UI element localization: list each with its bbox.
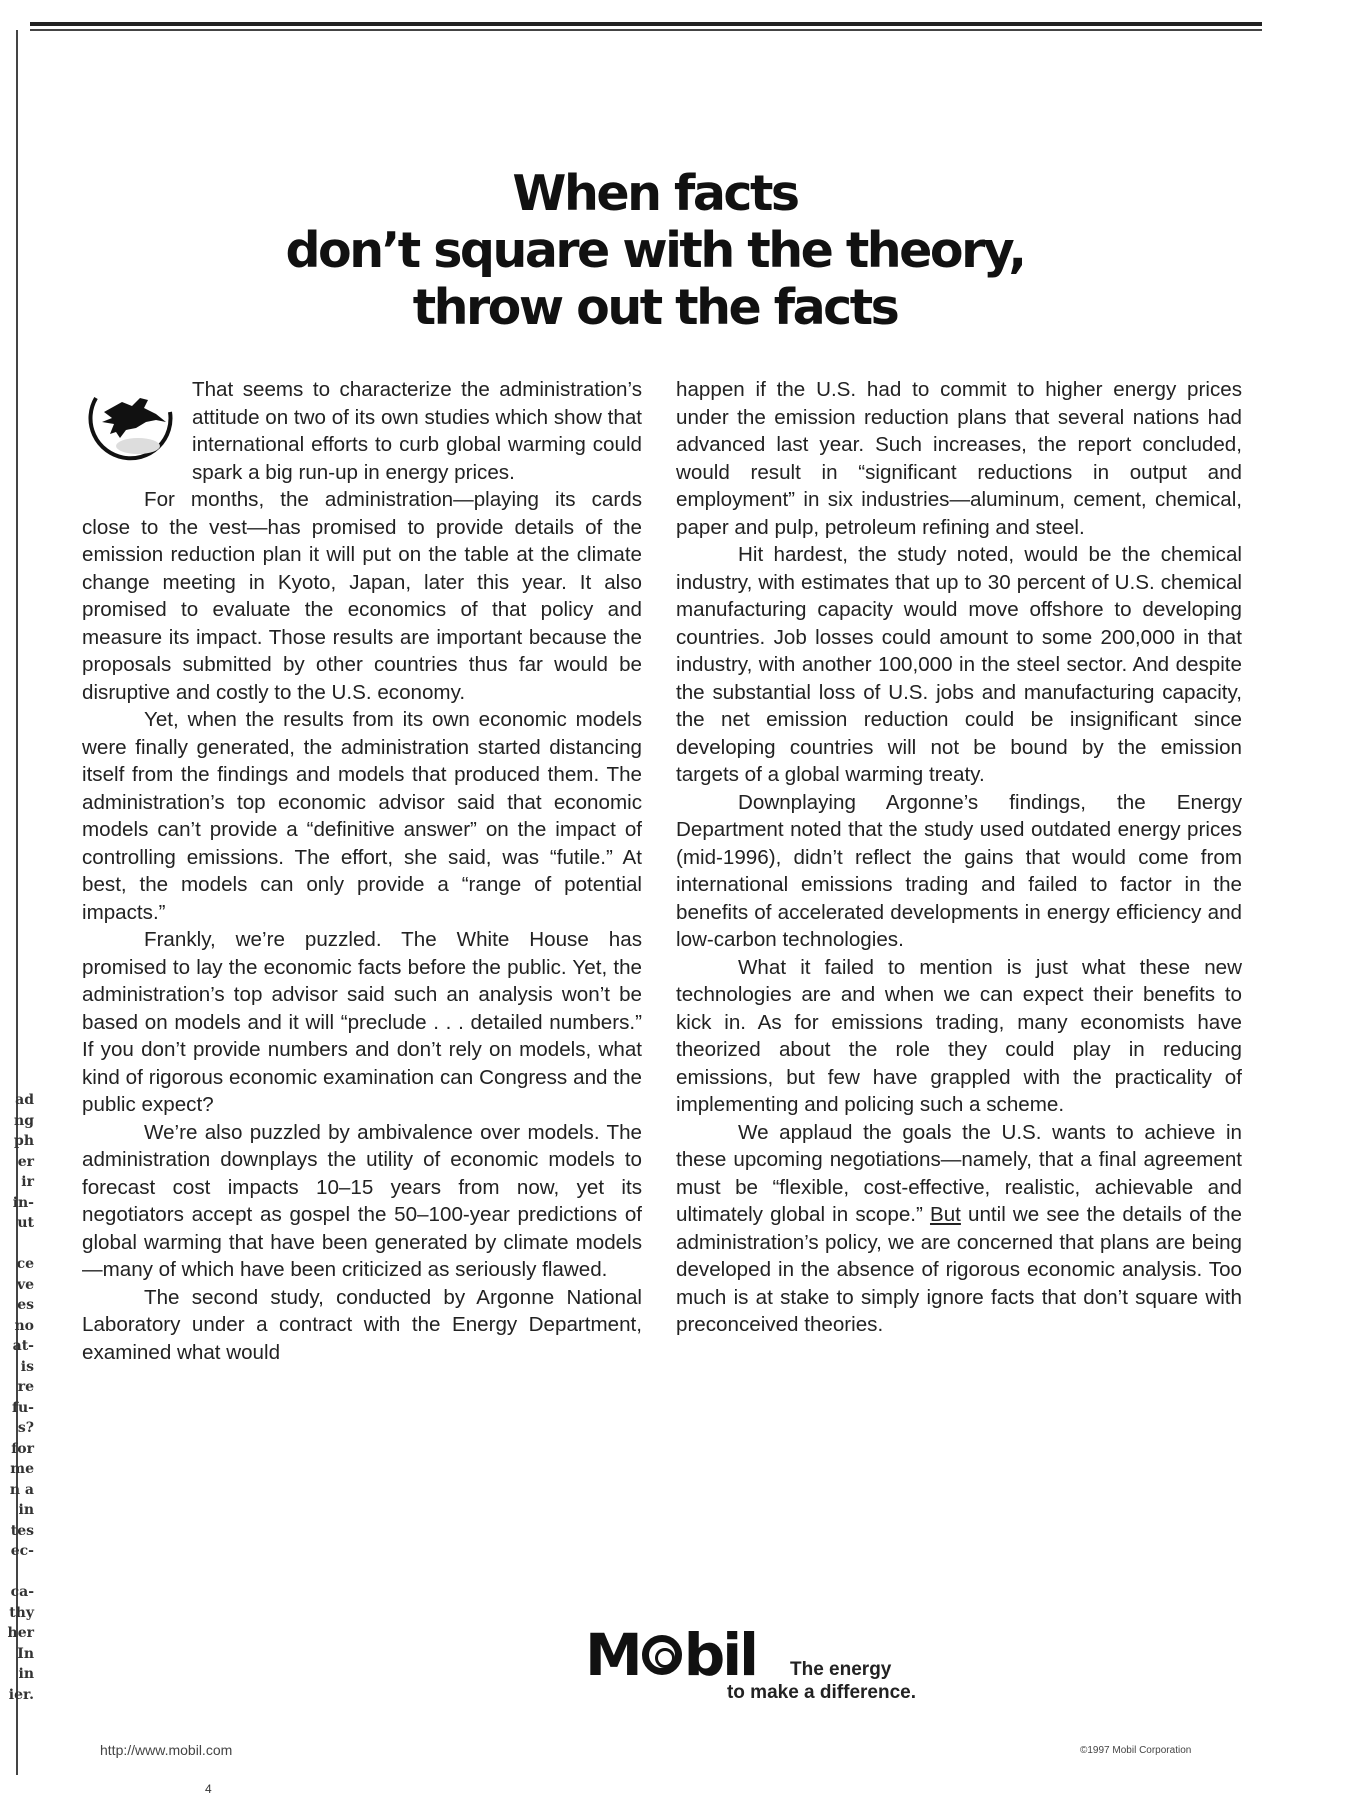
- margin-fragment: tes: [0, 1521, 34, 1542]
- margin-fragment: fu-: [0, 1398, 34, 1419]
- tagline-line-2: to make a difference.: [690, 1681, 916, 1704]
- headline-line-2: don’t square with the theory,: [0, 222, 1310, 279]
- margin-fragment: in-: [0, 1193, 34, 1214]
- paragraph: happen if the U.S. had to commit to high…: [676, 376, 1242, 541]
- margin-fragment: in: [0, 1664, 34, 1685]
- margin-fragment: ph: [0, 1131, 34, 1152]
- margin-fragment: er: [0, 1152, 34, 1173]
- margin-fragment: ng: [0, 1111, 34, 1132]
- page-number: 4: [205, 1782, 212, 1796]
- margin-fragment: [0, 1562, 34, 1583]
- headline-line-3: throw out the facts: [0, 279, 1310, 336]
- margin-fragment: es: [0, 1295, 34, 1316]
- paragraph: Frankly, we’re puzzled. The White House …: [82, 926, 642, 1119]
- margin-fragment: no: [0, 1316, 34, 1337]
- margin-fragment: thy: [0, 1603, 34, 1624]
- footer-copyright: ©1997 Mobil Corporation: [1080, 1745, 1191, 1756]
- margin-fragment: ier.: [0, 1685, 34, 1706]
- margin-fragment: in: [0, 1500, 34, 1521]
- logo-tagline: The energy to make a difference.: [690, 1658, 916, 1704]
- margin-fragment: ec-: [0, 1541, 34, 1562]
- top-rule-thin: [30, 29, 1262, 31]
- adjacent-column-fragments: adngpheririn-ut ceveesnoat-isrefu-s?form…: [0, 1090, 34, 1705]
- underlined-word: But: [930, 1203, 961, 1226]
- margin-fragment: ir: [0, 1172, 34, 1193]
- margin-fragment: ca-: [0, 1582, 34, 1603]
- margin-fragment: ut: [0, 1213, 34, 1234]
- pegasus-icon: [82, 378, 178, 466]
- body-column-right: happen if the U.S. had to commit to high…: [676, 376, 1242, 1339]
- margin-fragment: is: [0, 1357, 34, 1378]
- margin-fragment: re: [0, 1377, 34, 1398]
- margin-fragment: for: [0, 1439, 34, 1460]
- tagline-line-1: The energy: [690, 1658, 916, 1681]
- margin-fragment: In: [0, 1644, 34, 1665]
- advertisement-page: adngpheririn-ut ceveesnoat-isrefu-s?form…: [0, 0, 1347, 1800]
- margin-fragment: s?: [0, 1418, 34, 1439]
- paragraph: Downplaying Argonne’s findings, the Ener…: [676, 789, 1242, 954]
- headline-line-1: When facts: [0, 165, 1310, 222]
- margin-fragment: ve: [0, 1275, 34, 1296]
- body-column-left: That seems to characterize the administr…: [82, 376, 642, 1366]
- margin-fragment: at-: [0, 1336, 34, 1357]
- paragraph: Hit hardest, the study noted, would be t…: [676, 541, 1242, 789]
- logo-letter-m: M: [585, 1621, 640, 1689]
- paragraph: What it failed to mention is just what t…: [676, 954, 1242, 1119]
- headline: When facts don’t square with the theory,…: [0, 165, 1310, 336]
- margin-fragment: me: [0, 1459, 34, 1480]
- footer-url[interactable]: http://www.mobil.com: [100, 1742, 232, 1758]
- paragraph: The second study, conducted by Argonne N…: [82, 1284, 642, 1367]
- paragraph: We’re also puzzled by ambivalence over m…: [82, 1119, 642, 1284]
- margin-fragment: ce: [0, 1254, 34, 1275]
- paragraph: For months, the administration—playing i…: [82, 486, 642, 706]
- margin-fragment: ad: [0, 1090, 34, 1111]
- mobil-o-icon: [642, 1635, 682, 1675]
- paragraph: Yet, when the results from its own econo…: [82, 706, 642, 926]
- margin-fragment: her: [0, 1623, 34, 1644]
- margin-fragment: [0, 1234, 34, 1255]
- top-double-rule: [30, 22, 1262, 31]
- margin-fragment: n a: [0, 1480, 34, 1501]
- top-rule-thick: [30, 22, 1262, 26]
- paragraph: We applaud the goals the U.S. wants to a…: [676, 1119, 1242, 1339]
